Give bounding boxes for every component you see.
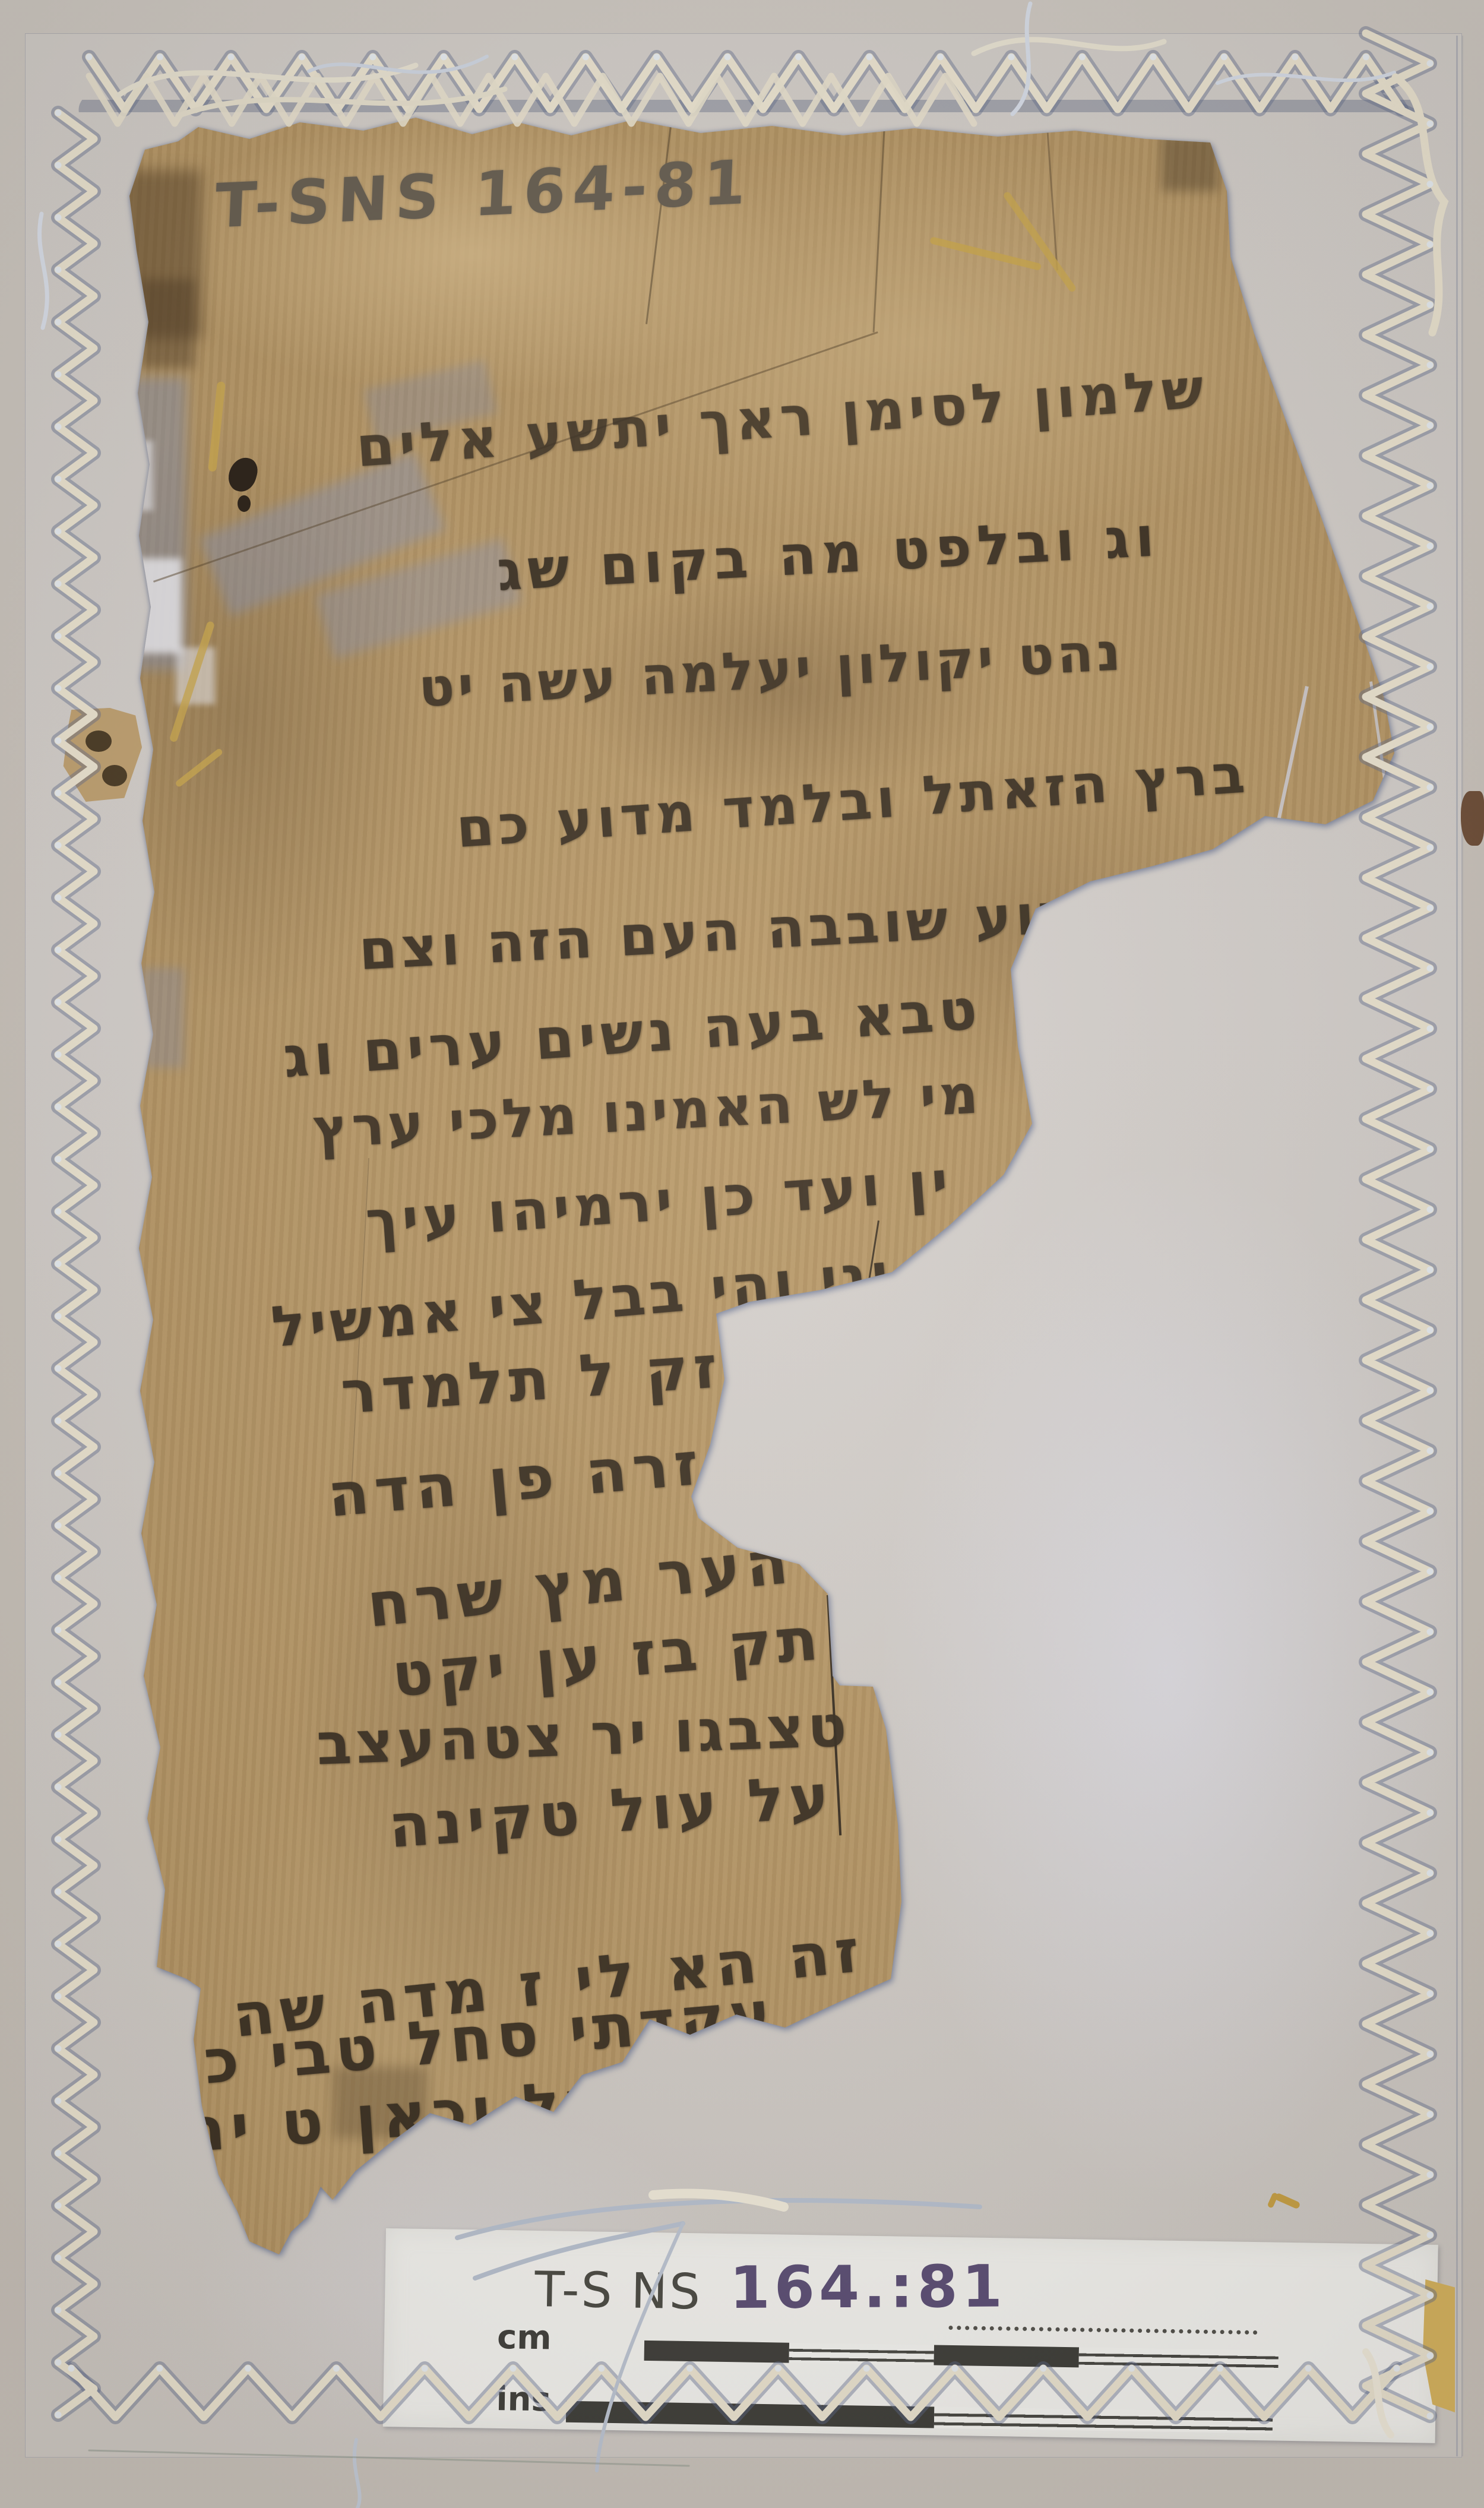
- photograph-canvas: T-S NS 164.:81 cm ins: [0, 0, 1484, 2508]
- stitch-glints: [55, 54, 1434, 2420]
- stitch-shadows: [58, 33, 1430, 2417]
- stitching-overlay: [0, 0, 1484, 2508]
- stitch-threads: [40, 4, 1444, 2508]
